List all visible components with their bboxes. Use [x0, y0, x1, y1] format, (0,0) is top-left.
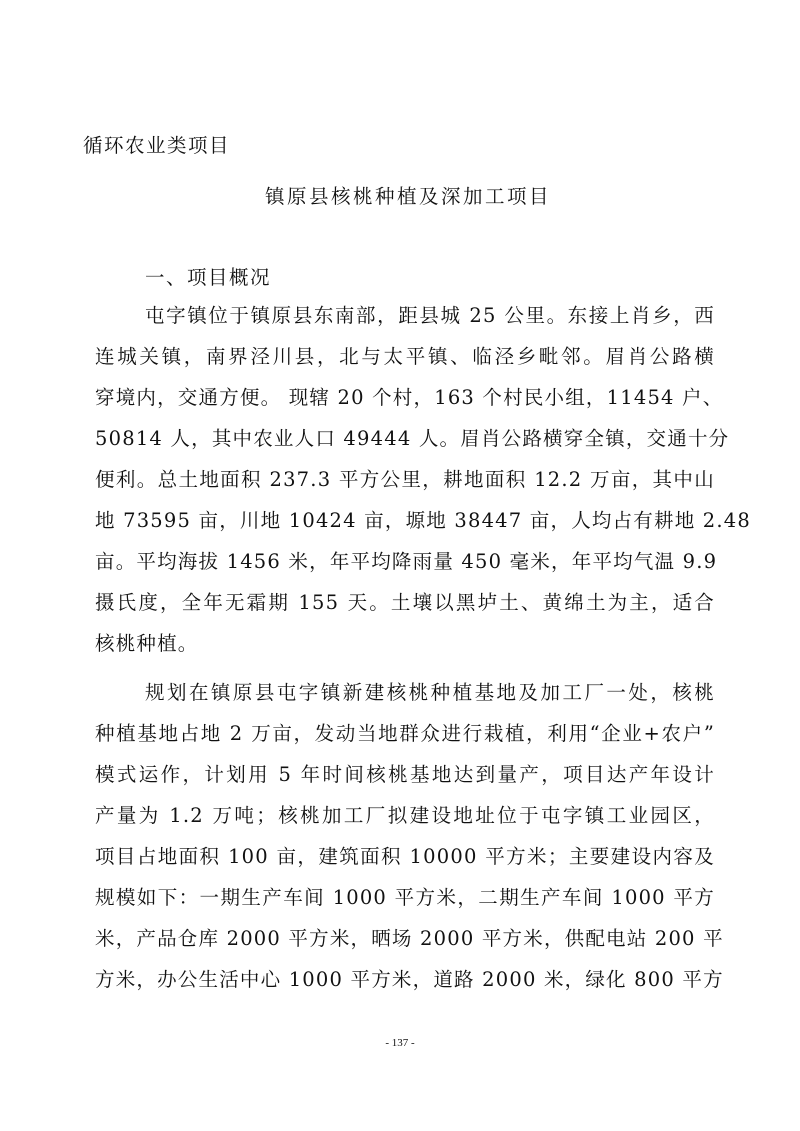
category-label: 循环农业类项目 [83, 130, 230, 158]
paragraph-line: 种植基地占地 2 万亩，发动当地群众进行栽植，利用“企业+农户” [95, 722, 715, 746]
paragraph-line: 产量为 1.2 万吨；核桃加工厂拟建设地址位于屯字镇工业园区， [95, 804, 715, 828]
paragraph-line: 连城关镇，南界泾川县，北与太平镇、临泾乡毗邻。眉肖公路横 [95, 345, 715, 369]
paragraph-line: 米，产品仓库 2000 平方米，晒场 2000 平方米，供配电站 200 平 [95, 927, 715, 951]
paragraph-line: 核桃种植。 [95, 632, 715, 656]
paragraph-line: 规模如下：一期生产车间 1000 平方米，二期生产车间 1000 平方 [95, 886, 715, 910]
section-heading: 一、项目概况 [145, 262, 271, 290]
paragraph-line: 亩。平均海拔 1456 米，年平均降雨量 450 毫米，年平均气温 9.9 [95, 550, 715, 574]
paragraph-line: 屯字镇位于镇原县东南部，距县城 25 公里。东接上肖乡，西 [145, 304, 715, 328]
project-title: 镇原县核桃种植及深加工项目 [0, 181, 800, 209]
paragraph-line: 地 73595 亩，川地 10424 亩，塬地 38447 亩，人均占有耕地 2… [95, 509, 715, 533]
paragraph-line: 便利。总土地面积 237.3 平方公里，耕地面积 12.2 万亩，其中山 [95, 468, 715, 492]
paragraph-line: 50814 人，其中农业人口 49444 人。眉肖公路横穿全镇，交通十分 [95, 427, 715, 451]
paragraph-line: 摄氏度，全年无霜期 155 天。土壤以黑垆土、黄绵土为主，适合 [95, 591, 715, 615]
paragraph-line: 规划在镇原县屯字镇新建核桃种植基地及加工厂一处，核桃 [145, 681, 715, 705]
paragraph-line: 项目占地面积 100 亩，建筑面积 10000 平方米；主要建设内容及 [95, 845, 715, 869]
paragraph-line: 穿境内，交通方便。 现辖 20 个村，163 个村民小组，11454 户、 [95, 386, 715, 410]
page-number: - 137 - [0, 1037, 800, 1049]
document-page: 循环农业类项目 镇原县核桃种植及深加工项目 一、项目概况 屯字镇位于镇原县东南部… [0, 0, 800, 1131]
paragraph-line: 模式运作，计划用 5 年时间核桃基地达到量产，项目达产年设计 [95, 763, 715, 787]
paragraph-line: 方米，办公生活中心 1000 平方米，道路 2000 米，绿化 800 平方 [95, 968, 715, 992]
